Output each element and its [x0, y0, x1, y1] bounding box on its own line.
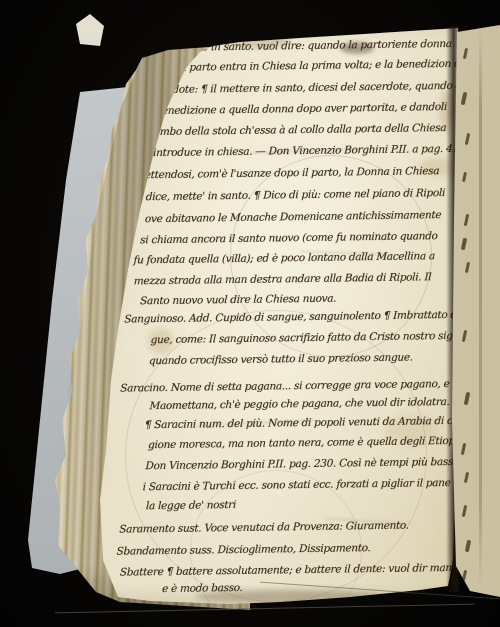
manuscript-entry-line: Sbattere ¶ battere assolutamente; e batt… — [120, 562, 478, 580]
text-fragment — [464, 214, 469, 226]
manuscript-line: dopò 'l parto entra in Chiesa la prima v… — [153, 57, 483, 74]
manuscript-line: la legge de' nostri — [146, 499, 237, 513]
text-fragment — [462, 570, 467, 581]
manuscript-photo: ¶ Entrare in santo. vuol dire: quando la… — [0, 0, 500, 627]
manuscript-line: si dice, mette' in santo. ¶ Dico di più:… — [134, 187, 445, 204]
manuscript-line: mezza strada alla man destra andare alla… — [133, 271, 431, 288]
manuscript-line: la introduce in chiesa. — Don Vincenzio … — [141, 143, 469, 160]
manuscript-entry-line: Sanguinoso. Add. Cupido di sangue, sangu… — [124, 308, 484, 326]
manuscript-line: ¶ Saracini num. del più. Nome di popoli … — [144, 415, 479, 432]
manuscript-line: Maomettana, ch'è peggio che pagana, che … — [149, 396, 449, 413]
text-fragment — [462, 330, 467, 342]
manuscript-entry-line: Sbandamento suss. Discioglimento, Dissip… — [116, 542, 371, 558]
text-fragment — [464, 392, 471, 406]
facing-page-fold-line — [479, 28, 482, 588]
manuscript-line: Don Vincenzio Borghini P.II. pag. 230. C… — [145, 456, 456, 473]
binding-thread — [55, 604, 475, 614]
manuscript-line: si chiama ancora il santo nuovo (come fu… — [140, 230, 438, 247]
text-fragment — [465, 262, 470, 273]
manuscript-line: gue, come: Il sanguinoso sacrifizio fatt… — [150, 330, 479, 347]
manuscript-entry-line: Saracino. Nome di setta pagana... si cor… — [120, 377, 482, 395]
manuscript-line: ove abitavano le Monache Domenicane anti… — [145, 209, 442, 226]
manuscript-line: Mettendosi, com'è l'usanze dopo il parto… — [134, 165, 439, 182]
text-fragment — [462, 172, 467, 182]
manuscript-line: gione moresca, ma non tanto nera, come è… — [148, 435, 458, 452]
text-fragment — [465, 540, 471, 553]
text-fragment — [464, 472, 469, 483]
manuscript-line: ¶ Entrare in santo. vuol dire: quando la… — [159, 38, 452, 55]
text-fragment — [465, 133, 470, 145]
manuscript-line: il lembo della stola ch'essa à al collo … — [141, 122, 446, 139]
text-fragment — [462, 505, 467, 517]
manuscript-line: e è modo basso. — [162, 582, 243, 596]
manuscript-line: i Saracini è Turchi ecc. sono stati ecc.… — [142, 477, 459, 494]
manuscript-line: sacerdote: ¶ il mettere in santo, dicesi… — [145, 80, 468, 97]
text-fragment — [463, 48, 468, 59]
text-fragment — [461, 92, 468, 106]
manuscript-line: fu fondata quella (villa); ed è poco lon… — [133, 250, 435, 267]
manuscript-line: la benedizione a quella donna dopo aver … — [143, 101, 447, 118]
manuscript-line: Santo nuovo vuol dire la Chiesa nuova. — [140, 292, 337, 307]
manuscript-entry-line: Saramento sust. Voce venutaci da Provenz… — [119, 519, 409, 536]
text-fragment — [461, 443, 466, 455]
text-fragment — [461, 238, 467, 251]
manuscript-line: quando crocifisso versò tutto il suo pre… — [149, 351, 413, 367]
